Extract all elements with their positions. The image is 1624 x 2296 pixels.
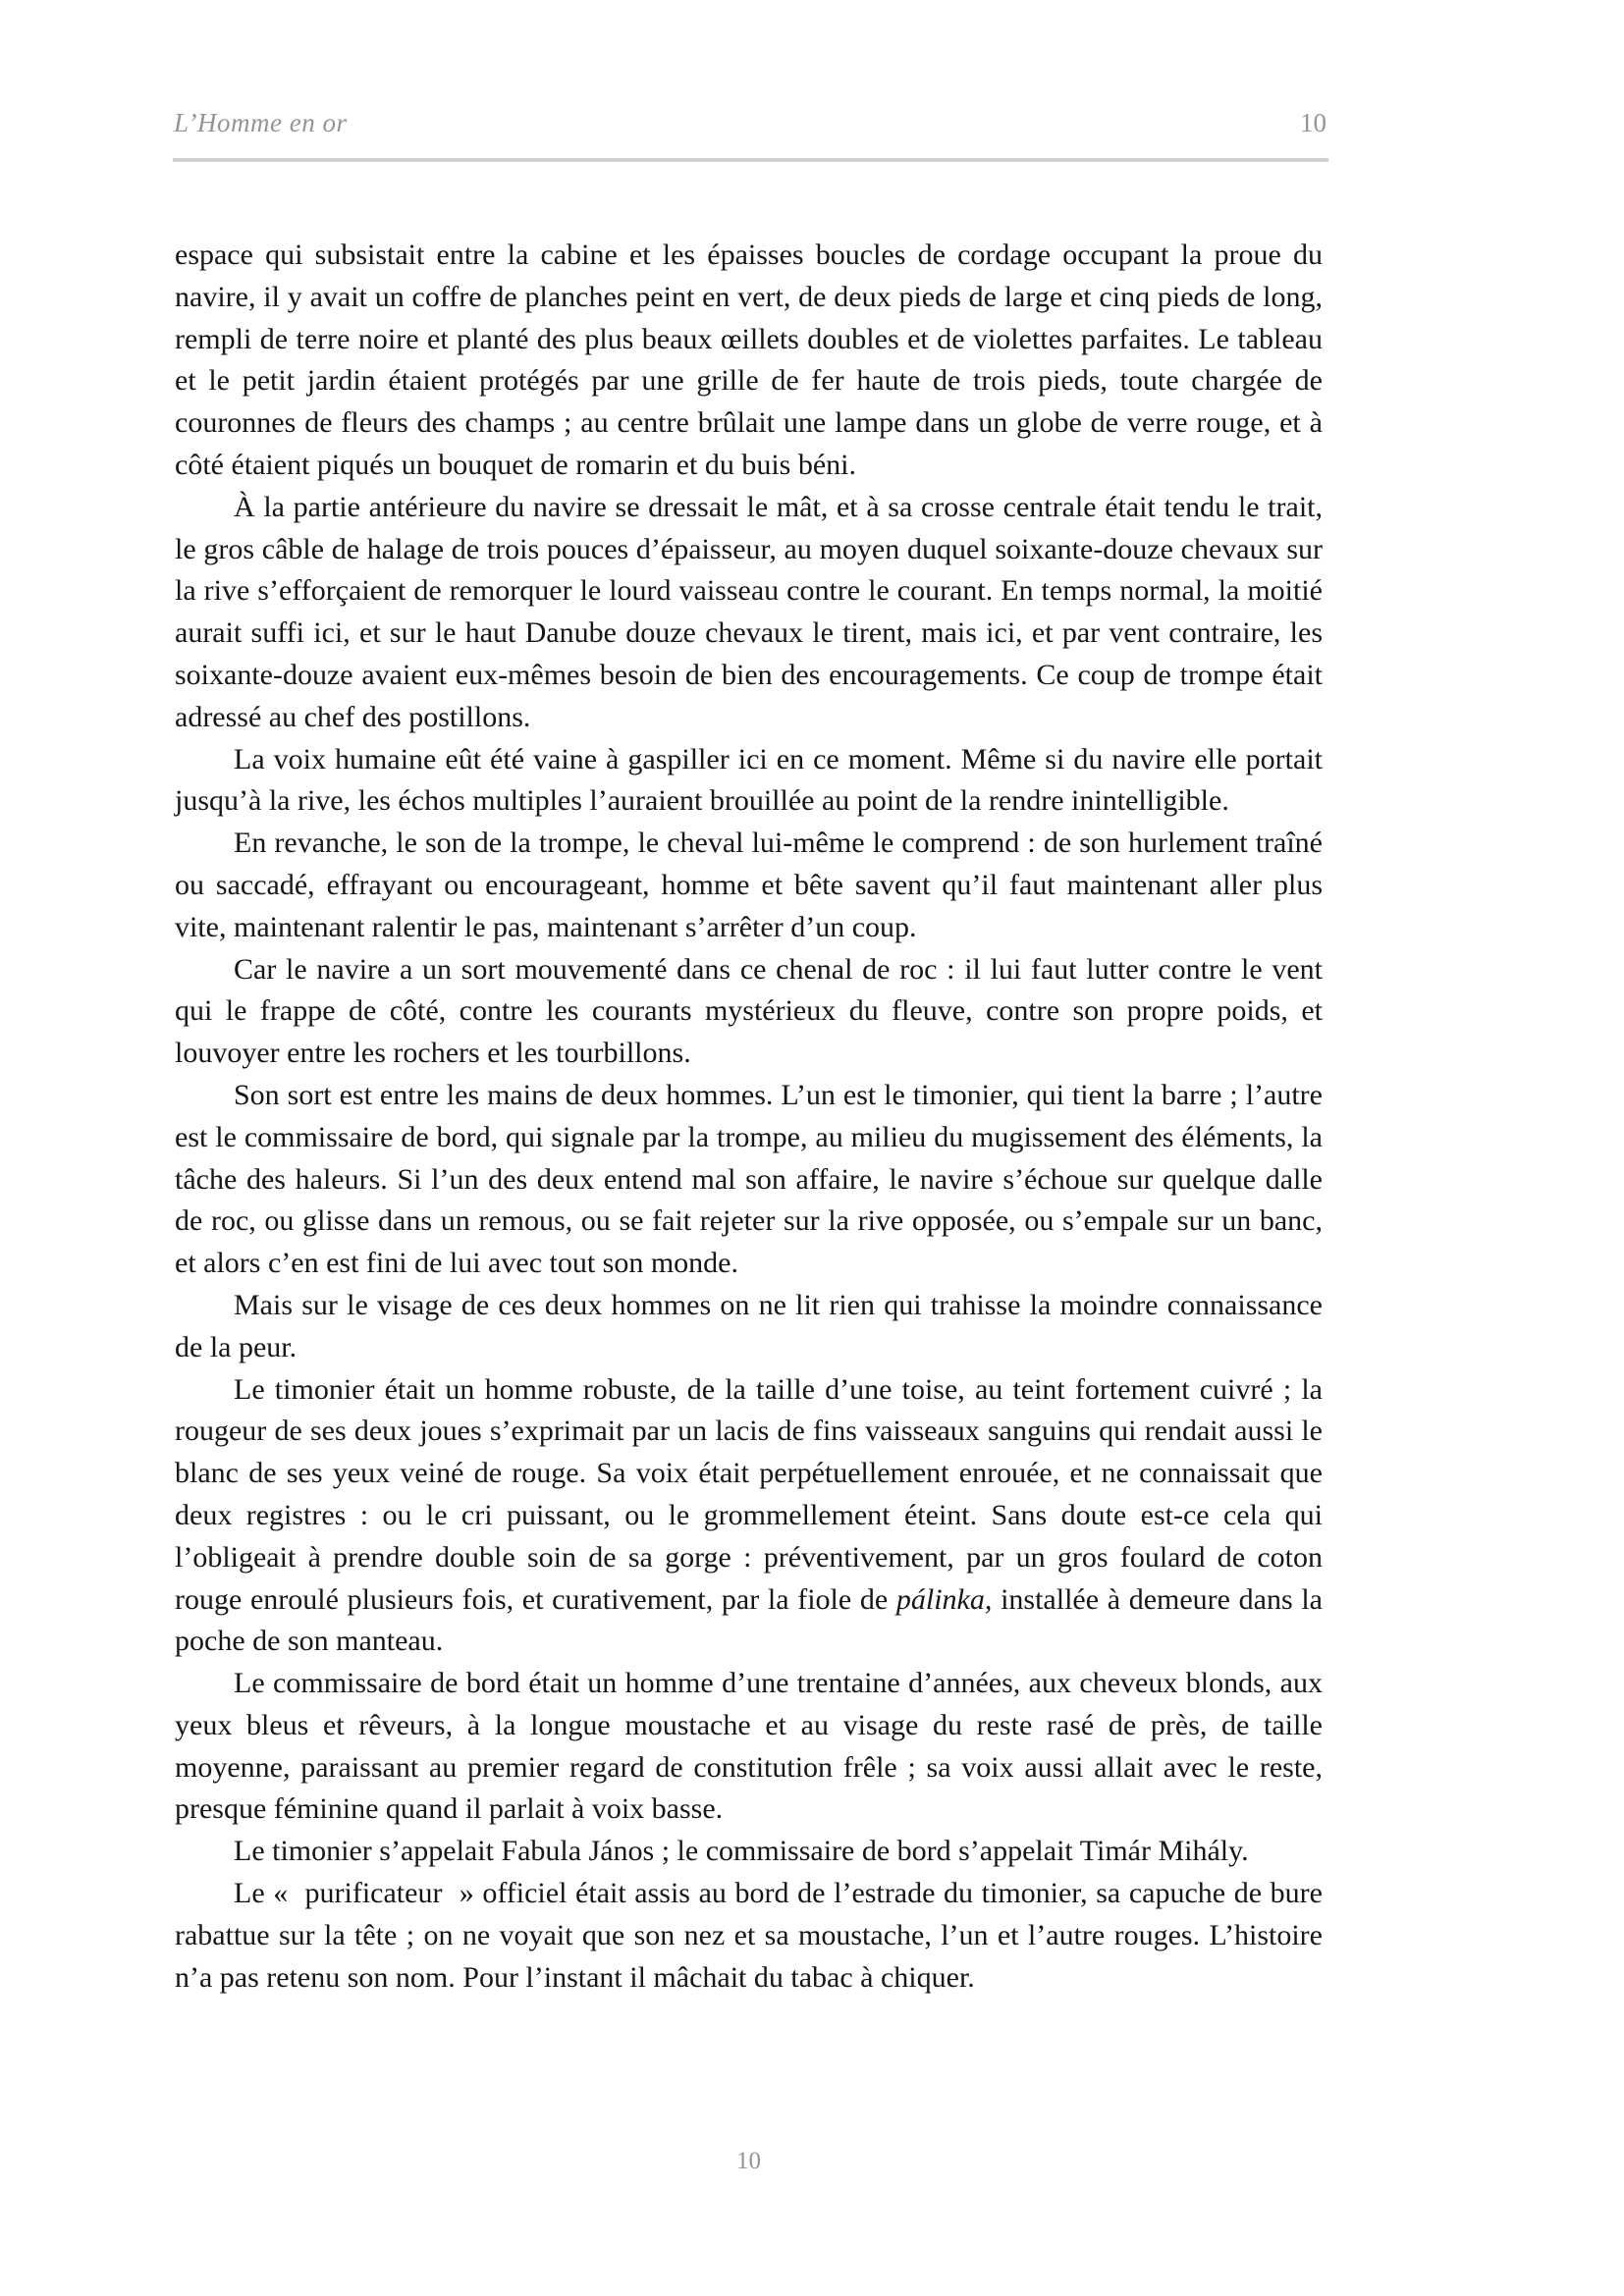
page-body: espace qui subsistait entre la cabine et… [175,235,1323,1999]
text-run: Le timonier était un homme robuste, de l… [175,1373,1323,1616]
paragraph: Le timonier était un homme robuste, de l… [175,1369,1323,1664]
text-run: Le « purificateur » officiel était assis… [175,1877,1323,1994]
paragraph: La voix humaine eût été vaine à gaspille… [175,739,1323,824]
text-run: La voix humaine eût été vaine à gaspille… [175,743,1323,818]
paragraph: espace qui subsistait entre la cabine et… [175,235,1323,487]
paragraph: Son sort est entre les mains de deux hom… [175,1075,1323,1285]
paragraph: Le « purificateur » officiel était assis… [175,1873,1323,1999]
header-rule [173,158,1328,162]
paragraph: Le timonier s’appelait Fabula János ; le… [175,1831,1323,1873]
italic-text-run: pálinka, [896,1583,993,1616]
page-header: L’Homme en or 10 [174,108,1326,138]
text-run: Le timonier s’appelait Fabula János ; le… [234,1835,1249,1867]
page-footer: 10 [175,2148,1323,2175]
text-run: Le commissaire de bord était un homme d’… [175,1667,1323,1825]
paragraph: Le commissaire de bord était un homme d’… [175,1663,1323,1831]
paragraph: Mais sur le visage de ces deux hommes on… [175,1285,1323,1369]
text-run: Mais sur le visage de ces deux hommes on… [175,1289,1323,1363]
text-run: Son sort est entre les mains de deux hom… [175,1079,1323,1279]
text-run: espace qui subsistait entre la cabine et… [175,239,1323,481]
text-run: Car le navire a un sort mouvementé dans … [175,953,1323,1070]
document-page: L’Homme en or 10 espace qui subsistait e… [0,0,1624,2296]
paragraph: À la partie antérieure du navire se dres… [175,487,1323,739]
text-run: À la partie antérieure du navire se dres… [175,491,1323,733]
header-page-number: 10 [1300,108,1326,138]
text-run: En revanche, le son de la trompe, le che… [175,827,1323,943]
footer-page-number: 10 [736,2148,761,2174]
paragraph: Car le navire a un sort mouvementé dans … [175,949,1323,1075]
paragraph: En revanche, le son de la trompe, le che… [175,823,1323,948]
running-title: L’Homme en or [174,108,347,138]
